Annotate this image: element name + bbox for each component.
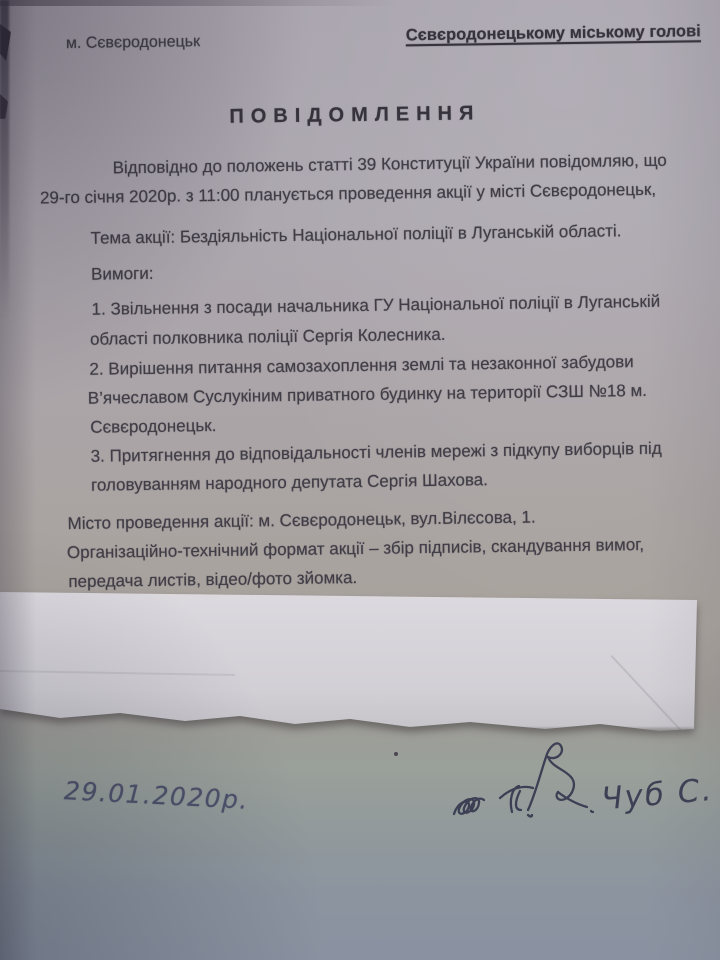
signature-flourish bbox=[454, 743, 593, 816]
signature: Чуб С.І. bbox=[440, 725, 710, 835]
ink-speck bbox=[394, 752, 398, 756]
signature-name: Чуб С.І. bbox=[600, 770, 710, 818]
paper-crease bbox=[0, 670, 235, 676]
photo-of-document: м. Сєвєродонецьк Сєвєродонецькому місько… bbox=[0, 0, 720, 960]
